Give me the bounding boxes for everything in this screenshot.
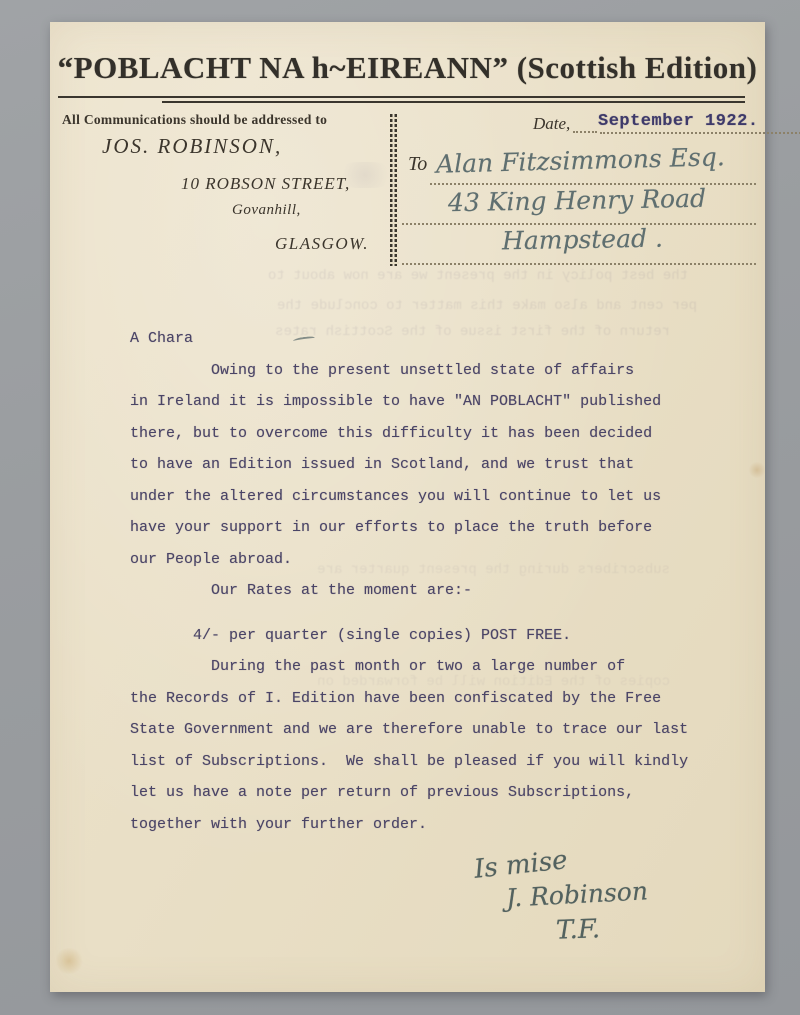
body-line: there, but to overcome this difficulty i… [130, 425, 710, 457]
letterhead-street: 10 ROBSON STREET, [181, 174, 350, 194]
bleedthrough-illegible: copies of the Edition will be forwarded … [170, 674, 670, 690]
letterhead-city: GLASGOW. [275, 234, 369, 254]
masthead: “POBLACHT NA h~EIREANN” (Scottish Editio… [50, 50, 765, 86]
letter-body: A Chara Owing to the present unsettled s… [130, 330, 710, 847]
letterhead-district: Govanhill, [232, 202, 301, 219]
recipient-city-line [402, 260, 756, 265]
date-value: September 1922. [598, 112, 759, 131]
body-line: Our Rates at the moment are:- [130, 582, 710, 614]
recipient-street-handwriting: 43 King Henry Road [448, 184, 706, 217]
body-line: together with your further order. [130, 816, 710, 848]
body-line: list of Subscriptions. We shall be pleas… [130, 753, 710, 785]
recipient-city-handwriting: Hampstead . [502, 224, 663, 256]
body-line: State Government and we are therefore un… [130, 721, 710, 753]
body-line: let us have a note per return of previou… [130, 784, 710, 816]
recipient-name-handwriting: Alan Fitzsimmons Esq. [436, 142, 725, 179]
photo-backdrop: “POBLACHT NA h~EIREANN” (Scottish Editio… [0, 0, 800, 1015]
paper-stain [748, 462, 766, 478]
body-line: to have an Edition issued in Scotland, a… [130, 456, 710, 488]
dotted-divider [390, 114, 399, 266]
bleedthrough-illegible: return of the first issue of the Scottis… [200, 324, 670, 340]
bleedthrough-illegible: subscribers during the present quarter a… [220, 562, 670, 578]
date-label: Date, [533, 114, 570, 134]
signature-name: J. Robinson [505, 876, 648, 912]
letter-sheet: “POBLACHT NA h~EIREANN” (Scottish Editio… [50, 22, 765, 992]
body-line: the Records of I. Edition have been conf… [130, 690, 710, 722]
bleedthrough-illegible: the best policy in the present we are no… [128, 268, 688, 284]
to-label: To [408, 153, 427, 176]
paper-stain [54, 948, 84, 974]
masthead-rule-top [58, 96, 745, 98]
masthead-title: “POBLACHT NA h~EIREANN” (Scottish Editio… [50, 50, 765, 86]
signature-valediction: Is mise [473, 845, 569, 885]
recipient-name-line [430, 180, 756, 185]
bleedthrough-illegible: per cent and also make this matter to co… [122, 298, 697, 314]
body-line: have your support in our efforts to plac… [130, 519, 710, 551]
signature-initials: T.F. [555, 914, 600, 946]
paper-smudge [335, 162, 395, 188]
body-line: under the altered circumstances you will… [130, 488, 710, 520]
body-line: in Ireland it is impossible to have "AN … [130, 393, 710, 425]
date-leader-line [573, 128, 597, 133]
body-line: Owing to the present unsettled state of … [130, 362, 710, 394]
body-line-rates: 4/- per quarter (single copies) POST FRE… [130, 627, 710, 659]
masthead-rule-bottom [162, 101, 745, 103]
letterhead-name: JOS. ROBINSON, [102, 134, 282, 159]
body-line-blank [130, 614, 710, 627]
letterhead-note: All Communications should be addressed t… [62, 112, 327, 128]
